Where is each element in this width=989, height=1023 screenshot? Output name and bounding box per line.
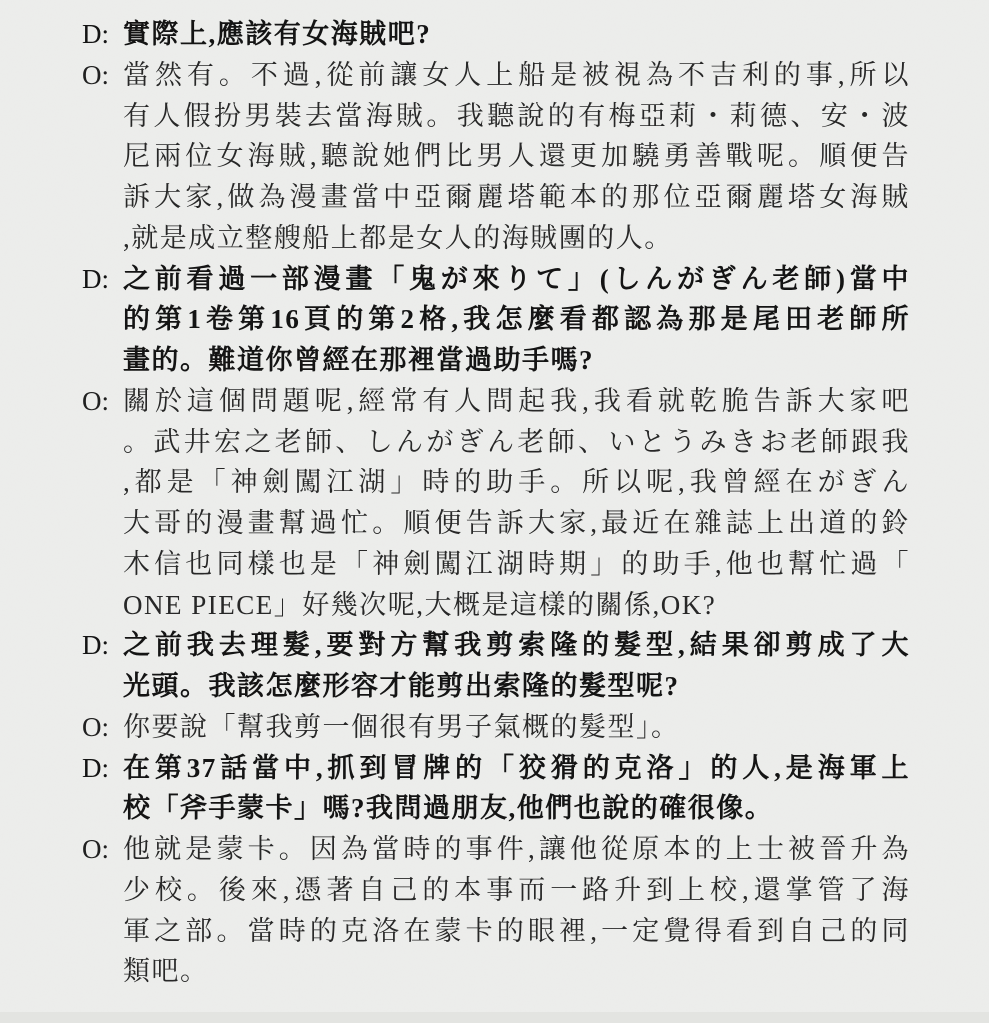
dialogue-line: 之前看過一部漫畫「鬼が來りて」(しんがぎん老師)當中 <box>123 259 910 300</box>
dialogue-line: 他就是蒙卡。因為當時的事件,讓他從原本的上士被晉升為 <box>123 829 910 870</box>
dialogue-line: 有人假扮男裝去當海賊。我聽說的有梅亞莉・莉德、安・波 <box>123 96 910 137</box>
dialogue-body: 之前看過一部漫畫「鬼が來りて」(しんがぎん老師)當中的第1卷第16頁的第2格,我… <box>123 259 910 381</box>
speaker-label: O: <box>82 707 123 748</box>
scanned-document-page: D:實際上,應該有女海賊吧?O:當然有。不過,從前讓女人上船是被視為不吉利的事,… <box>0 0 989 1023</box>
dialogue-line: 之前我去理髮,要對方幫我剪索隆的髮型,結果卻剪成了大 <box>123 625 910 666</box>
speaker-label: D: <box>82 625 123 666</box>
dialogue-line: 大哥的漫畫幫過忙。順便告訴大家,最近在雜誌上出道的鈴 <box>123 503 910 544</box>
dialogue-entry: O:關於這個問題呢,經常有人問起我,我看就乾脆告訴大家吧。武井宏之老師、しんがぎ… <box>82 381 910 626</box>
dialogue-body: 你要說「幫我剪一個很有男子氣概的髮型」。 <box>123 707 910 748</box>
dialogue-line: ,都是「神劍闖江湖」時的助手。所以呢,我曾經在がぎん <box>123 462 910 503</box>
dialogue-line: 少校。後來,憑著自己的本事而一路升到上校,還掌管了海 <box>123 870 910 911</box>
dialogue-list: D:實際上,應該有女海賊吧?O:當然有。不過,從前讓女人上船是被視為不吉利的事,… <box>82 14 910 992</box>
dialogue-line: 。武井宏之老師、しんがぎん老師、いとうみきお老師跟我 <box>123 422 910 463</box>
dialogue-body: 實際上,應該有女海賊吧? <box>123 14 910 55</box>
dialogue-line: 木信也同樣也是「神劍闖江湖時期」的助手,他也幫忙過「 <box>123 544 910 585</box>
speaker-label: D: <box>82 14 123 55</box>
dialogue-line: 尼兩位女海賊,聽說她們比男人還更加驍勇善戰呢。順便告 <box>123 136 910 177</box>
dialogue-body: 之前我去理髮,要對方幫我剪索隆的髮型,結果卻剪成了大光頭。我該怎麼形容才能剪出索… <box>123 625 910 707</box>
speaker-label: O: <box>82 381 123 422</box>
dialogue-entry: O:他就是蒙卡。因為當時的事件,讓他從原本的上士被晉升為少校。後來,憑著自己的本… <box>82 829 910 992</box>
dialogue-body: 在第37話當中,抓到冒牌的「狡猾的克洛」的人,是海軍上校「斧手蒙卡」嗎?我問過朋… <box>123 748 910 830</box>
dialogue-line: 光頭。我該怎麼形容才能剪出索隆的髮型呢? <box>123 666 910 707</box>
dialogue-line: 關於這個問題呢,經常有人問起我,我看就乾脆告訴大家吧 <box>123 381 910 422</box>
dialogue-body: 當然有。不過,從前讓女人上船是被視為不吉利的事,所以有人假扮男裝去當海賊。我聽說… <box>123 55 910 259</box>
dialogue-entry: D:在第37話當中,抓到冒牌的「狡猾的克洛」的人,是海軍上校「斧手蒙卡」嗎?我問… <box>82 748 910 830</box>
speaker-label: O: <box>82 55 123 96</box>
dialogue-entry: O:當然有。不過,從前讓女人上船是被視為不吉利的事,所以有人假扮男裝去當海賊。我… <box>82 55 910 259</box>
dialogue-line: 的第1卷第16頁的第2格,我怎麼看都認為那是尾田老師所 <box>123 299 910 340</box>
dialogue-line: 軍之部。當時的克洛在蒙卡的眼裡,一定覺得看到自己的同 <box>123 911 910 952</box>
dialogue-line: 你要說「幫我剪一個很有男子氣概的髮型」。 <box>123 707 910 748</box>
dialogue-entry: O:你要說「幫我剪一個很有男子氣概的髮型」。 <box>82 707 910 748</box>
dialogue-body: 關於這個問題呢,經常有人問起我,我看就乾脆告訴大家吧。武井宏之老師、しんがぎん老… <box>123 381 910 626</box>
dialogue-line: ONE PIECE」好幾次呢,大概是這樣的關係,OK? <box>123 585 910 626</box>
dialogue-line: 訴大家,做為漫畫當中亞爾麗塔範本的那位亞爾麗塔女海賊 <box>123 177 910 218</box>
dialogue-entry: D:之前看過一部漫畫「鬼が來りて」(しんがぎん老師)當中的第1卷第16頁的第2格… <box>82 259 910 381</box>
dialogue-line: 畫的。難道你曾經在那裡當過助手嗎? <box>123 340 910 381</box>
dialogue-line: ,就是成立整艘船上都是女人的海賊團的人。 <box>123 218 910 259</box>
dialogue-line: 實際上,應該有女海賊吧? <box>123 14 910 55</box>
page-bottom-edge-shading <box>0 1012 989 1023</box>
dialogue-line: 類吧。 <box>123 951 910 992</box>
dialogue-body: 他就是蒙卡。因為當時的事件,讓他從原本的上士被晉升為少校。後來,憑著自己的本事而… <box>123 829 910 992</box>
dialogue-line: 當然有。不過,從前讓女人上船是被視為不吉利的事,所以 <box>123 55 910 96</box>
speaker-label: D: <box>82 748 123 789</box>
dialogue-line: 在第37話當中,抓到冒牌的「狡猾的克洛」的人,是海軍上 <box>123 748 910 789</box>
speaker-label: D: <box>82 259 123 300</box>
speaker-label: O: <box>82 829 123 870</box>
dialogue-entry: D:實際上,應該有女海賊吧? <box>82 14 910 55</box>
dialogue-line: 校「斧手蒙卡」嗎?我問過朋友,他們也說的確很像。 <box>123 788 910 829</box>
dialogue-entry: D:之前我去理髮,要對方幫我剪索隆的髮型,結果卻剪成了大光頭。我該怎麼形容才能剪… <box>82 625 910 707</box>
